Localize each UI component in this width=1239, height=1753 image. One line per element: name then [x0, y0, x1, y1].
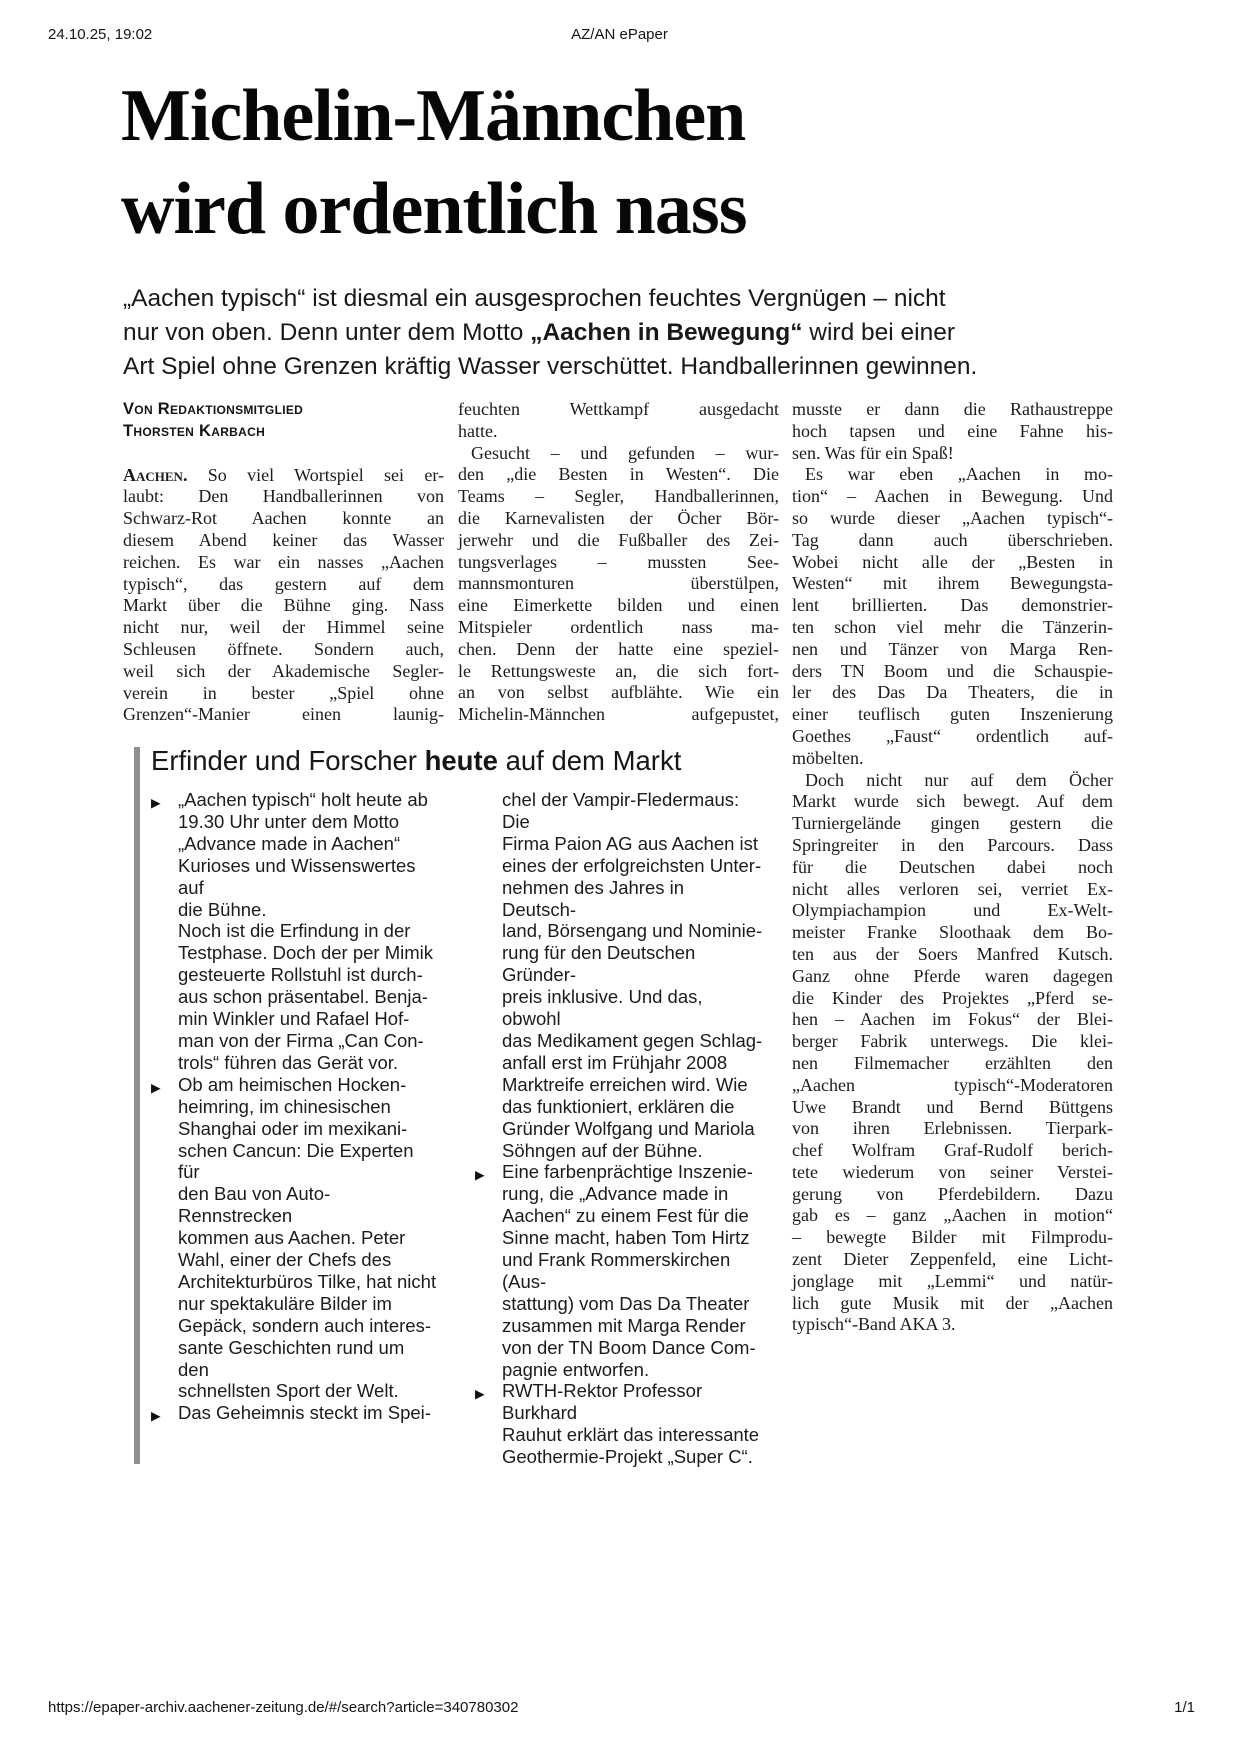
infobox-bullet-item: ▶Eine farbenprächtige Inszenie-rung, die…: [475, 1161, 763, 1380]
bullet-triangle-icon: ▶: [151, 1077, 161, 1099]
infobox-column-right: chel der Vampir-Fledermaus: DieFirma Pai…: [475, 789, 763, 1468]
article-lead: „Aachen typisch“ ist diesmal ein ausgesp…: [123, 282, 1117, 384]
article-headline: Michelin-Männchenwird ordentlich nass: [121, 70, 1121, 256]
infobox-bullet-item: ▶Ob am heimischen Hocken-heimring, im ch…: [151, 1074, 439, 1403]
infobox-bullet-item: ▶Das Geheimnis steckt im Spei-: [151, 1402, 439, 1424]
infobox-bullet-item: ▶„Aachen typisch“ holt heute ab19.30 Uhr…: [151, 789, 439, 1074]
page-indicator: 1/1: [1174, 1699, 1195, 1716]
bullet-triangle-icon: ▶: [151, 1405, 161, 1427]
body-paragraph: Gesucht – und gefunden – wur-den „die Be…: [458, 443, 779, 726]
infobox-title-pre: Erfinder und Forscher: [151, 745, 425, 776]
body-paragraph: Doch nicht nur auf dem ÖcherMarkt wurde …: [792, 770, 1113, 1337]
body-paragraph: Aachen. So viel Wortspiel sei er-laubt: …: [123, 465, 444, 727]
byline: Von RedaktionsmitgliedThorsten Karbach: [123, 399, 444, 443]
infobox-title: Erfinder und Forscher heute auf dem Mark…: [151, 743, 766, 779]
infobox-column-left: ▶„Aachen typisch“ holt heute ab19.30 Uhr…: [151, 789, 439, 1468]
bullet-triangle-icon: ▶: [151, 792, 161, 814]
article-column-right: musste er dann die Rathaustreppehoch tap…: [792, 399, 1113, 1336]
article-column-middle: feuchten Wettkampf ausgedachthatte.Gesuc…: [458, 399, 779, 726]
print-footer: https://epaper-archiv.aachener-zeitung.d…: [48, 1699, 1195, 1716]
infobox-accent-bar: [134, 747, 140, 1464]
infobox-bullet-item: chel der Vampir-Fledermaus: DieFirma Pai…: [475, 789, 763, 1161]
body-paragraph: feuchten Wettkampf ausgedachthatte.: [458, 399, 779, 443]
column-middle-text: feuchten Wettkampf ausgedachthatte.Gesuc…: [458, 399, 779, 726]
footer-url: https://epaper-archiv.aachener-zeitung.d…: [48, 1699, 518, 1716]
infobox-columns: ▶„Aachen typisch“ holt heute ab19.30 Uhr…: [151, 789, 766, 1468]
print-title: AZ/AN ePaper: [571, 26, 668, 43]
bullet-triangle-icon: ▶: [475, 1383, 485, 1405]
body-paragraph: Es war eben „Aachen in mo-tion“ – Aachen…: [792, 464, 1113, 769]
infobox-title-bold: heute: [425, 745, 498, 776]
body-paragraph: musste er dann die Rathaustreppehoch tap…: [792, 399, 1113, 464]
print-header: 24.10.25, 19:02 AZ/AN ePaper: [48, 26, 1191, 46]
article-column-left: Von RedaktionsmitgliedThorsten Karbach A…: [123, 399, 444, 726]
column-right-text: musste er dann die Rathaustreppehoch tap…: [792, 399, 1113, 1336]
bullet-triangle-icon: ▶: [475, 1164, 485, 1186]
column-left-text: Aachen. So viel Wortspiel sei er-laubt: …: [123, 465, 444, 727]
epaper-print-page: 24.10.25, 19:02 AZ/AN ePaper Michelin-Mä…: [0, 0, 1239, 1753]
infobox-bullet-item: ▶RWTH-Rektor Professor BurkhardRauhut er…: [475, 1380, 763, 1468]
infobox-title-post: auf dem Markt: [498, 745, 681, 776]
infobox: Erfinder und Forscher heute auf dem Mark…: [134, 743, 766, 1468]
print-timestamp: 24.10.25, 19:02: [48, 26, 152, 43]
